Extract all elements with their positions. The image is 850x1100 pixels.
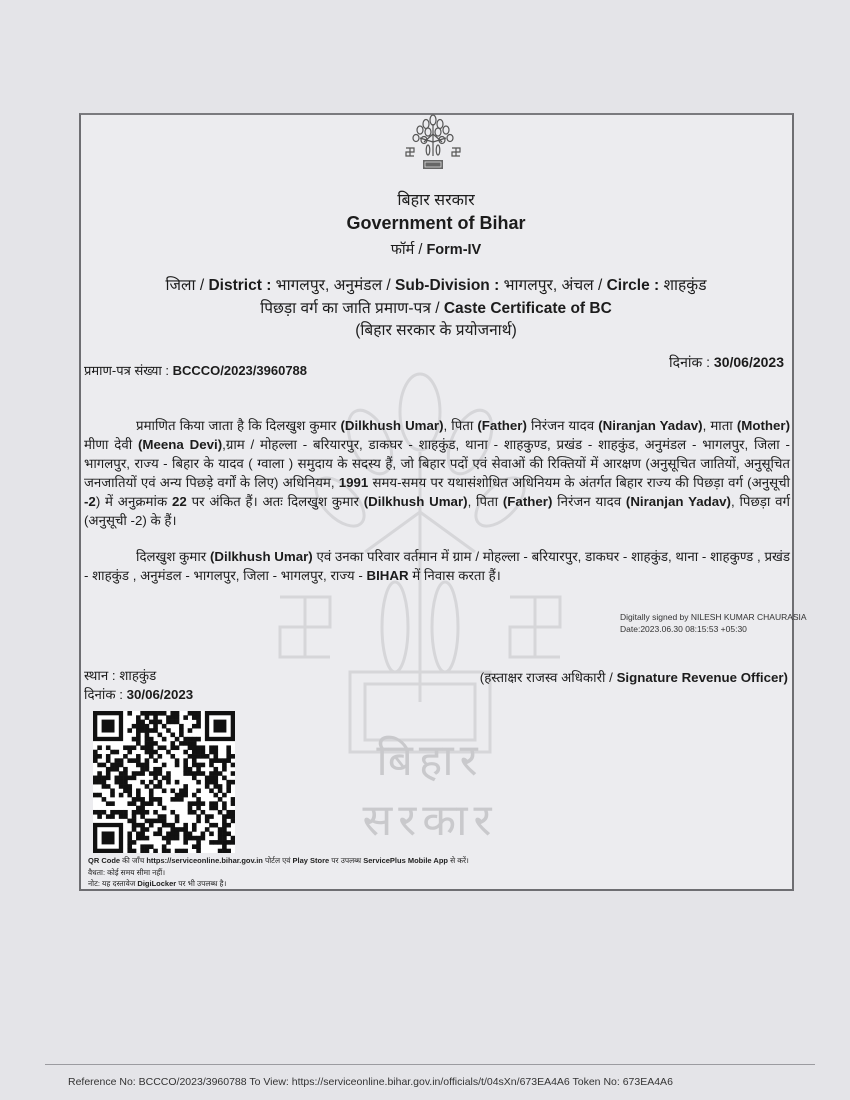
certificate-body-paragraph-2: दिलखुश कुमार (Dilkhush Umar) एवं उनका पर…: [84, 547, 790, 585]
subdivision-value: भागलपुर: [504, 277, 553, 294]
certificate-purpose: (बिहार सरकार के प्रयोजनार्थ): [80, 318, 792, 340]
certificate-date: दिनांक : 30/06/2023: [669, 353, 784, 372]
signature-revenue-officer: (हस्ताक्षर राजस्व अधिकारी / Signature Re…: [480, 668, 788, 686]
validity-note: वैधता: कोई समय सीमा नहीं।: [88, 867, 469, 879]
footer-reference: Reference No: BCCCO/2023/3960788 To View…: [68, 1076, 673, 1088]
form-english: Form-IV: [426, 242, 481, 258]
issue-date-value: 30/06/2023: [127, 687, 194, 702]
certificate-title-hindi: पिछड़ा वर्ग का जाति प्रमाण-पत्र: [260, 300, 431, 317]
digital-signature-stamp: Digitally signed by NILESH KUMAR CHAURAS…: [620, 611, 807, 635]
signature-label-english: Signature Revenue Officer): [617, 670, 788, 685]
watermark-text: बिहार सरकार: [300, 728, 560, 848]
district-label-hindi: जिला: [166, 277, 196, 294]
certificate-date-value: 30/06/2023: [714, 354, 784, 370]
certificate-number-value: BCCCO/2023/3960788: [173, 363, 307, 378]
circle-label: Circle: [607, 277, 650, 294]
certificate-title: पिछड़ा वर्ग का जाति प्रमाण-पत्र / Caste …: [80, 296, 792, 318]
place-label: स्थान :: [84, 668, 116, 683]
certificate-number-label: प्रमाण-पत्र संख्या :: [84, 363, 169, 378]
qr-code-icon[interactable]: [93, 711, 235, 853]
subdivision-label-hindi: अनुमंडल: [334, 277, 383, 294]
form-hindi: फॉर्म: [391, 242, 415, 258]
place-and-date: स्थान : शाहकुंड दिनांक : 30/06/2023: [84, 666, 193, 704]
bihar-emblem-icon: [400, 112, 466, 174]
district-label: District: [208, 277, 261, 294]
district-value: भागलपुर: [276, 277, 325, 294]
signature-label-hindi: (हस्ताक्षर राजस्व अधिकारी /: [480, 670, 613, 685]
qr-verification-note: QR Code की जाँच https://serviceonline.bi…: [88, 855, 469, 890]
form-label: फॉर्म / Form-IV: [80, 239, 792, 259]
circle-label-hindi: अंचल: [561, 277, 593, 294]
digital-signature-signer: Digitally signed by NILESH KUMAR CHAURAS…: [620, 611, 807, 623]
subdivision-label: Sub-Division: [395, 277, 490, 294]
title-hindi: बिहार सरकार: [80, 188, 792, 210]
digital-signature-date: Date:2023.06.30 08:15:53 +05:30: [620, 623, 807, 635]
qr-check-instructions: QR Code की जाँच https://serviceonline.bi…: [88, 855, 469, 867]
certificate-date-label: दिनांक :: [669, 354, 710, 370]
certificate-title-english: Caste Certificate of BC: [444, 300, 612, 317]
footer-divider: [45, 1064, 815, 1065]
circle-value: शाहकुंड: [664, 277, 707, 294]
jurisdiction-line: जिला / District : भागलपुर, अनुमंडल / Sub…: [80, 273, 792, 295]
digilocker-note: नोट: यह दस्तावेज DigiLocker पर भी उपलब्ध…: [88, 878, 469, 890]
title-english: Government of Bihar: [80, 213, 792, 234]
issue-date-label: दिनांक :: [84, 687, 123, 702]
certificate-number: प्रमाण-पत्र संख्या : BCCCO/2023/3960788: [84, 361, 307, 379]
certificate-body-paragraph-1: प्रमाणित किया जाता है कि दिलखुश कुमार (D…: [84, 416, 790, 530]
place-value: शाहकुंड: [119, 668, 156, 683]
